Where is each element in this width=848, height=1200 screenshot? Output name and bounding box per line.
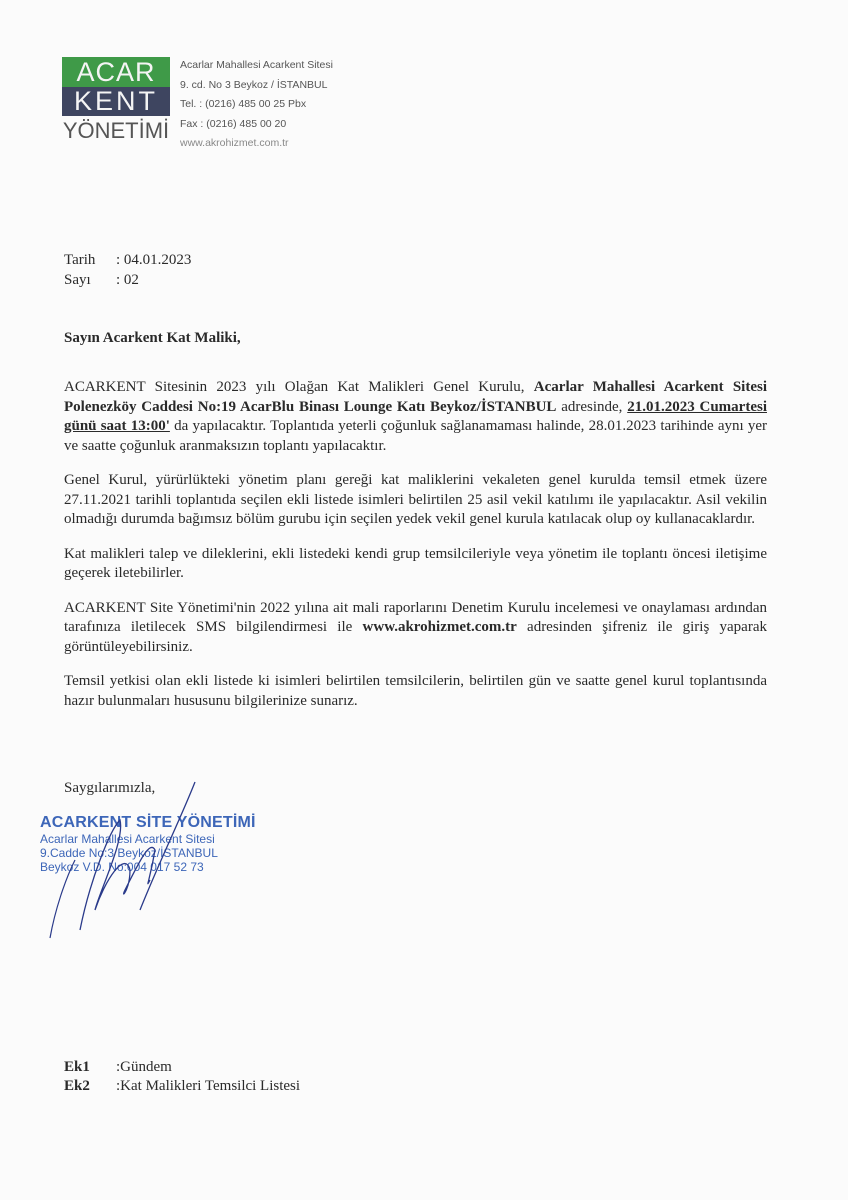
signature-icon — [30, 780, 230, 940]
annex-key: Ek1 — [64, 1058, 116, 1077]
annex-value: :Gündem — [116, 1058, 172, 1077]
number-label: Sayı — [64, 270, 116, 290]
company-logo: ACAR KENT YÖNETİMİ — [62, 57, 170, 146]
annex-key: Ek2 — [64, 1077, 116, 1096]
contact-phone: Tel. : (0216) 485 00 25 Pbx — [180, 95, 333, 115]
contact-address-2: 9. cd. No 3 Beykoz / İSTANBUL — [180, 76, 333, 96]
paragraph-3: Kat malikleri talep ve dileklerini, ekli… — [64, 545, 767, 584]
logo-acar: ACAR — [62, 57, 170, 87]
letter-body: ACARKENT Sitesinin 2023 yılı Olağan Kat … — [64, 378, 767, 726]
logo-yonetimi: YÖNETİMİ — [62, 116, 170, 146]
annex-list: Ek1:Gündem Ek2:Kat Malikleri Temsilci Li… — [64, 1058, 300, 1096]
annex-value: :Kat Malikleri Temsilci Listesi — [116, 1077, 300, 1096]
letterhead-contact: Acarlar Mahallesi Acarkent Sitesi 9. cd.… — [180, 56, 333, 154]
date-value: : 04.01.2023 — [116, 250, 191, 270]
paragraph-4: ACARKENT Site Yönetimi'nin 2022 yılına a… — [64, 599, 767, 658]
paragraph-2: Genel Kurul, yürürlükteki yönetim planı … — [64, 471, 767, 530]
number-value: : 02 — [116, 270, 139, 290]
annex-item: Ek2:Kat Malikleri Temsilci Listesi — [64, 1077, 300, 1096]
letter-meta: Tarih: 04.01.2023 Sayı: 02 — [64, 250, 191, 290]
contact-fax: Fax : (0216) 485 00 20 — [180, 115, 333, 135]
paragraph-1: ACARKENT Sitesinin 2023 yılı Olağan Kat … — [64, 378, 767, 456]
paragraph-5: Temsil yetkisi olan ekli listede ki isim… — [64, 672, 767, 711]
p1-text: ACARKENT Sitesinin 2023 yılı Olağan Kat … — [64, 379, 534, 395]
logo-kent: KENT — [62, 87, 170, 116]
p1-text: da yapılacaktır. Toplantıda yeterli çoğu… — [64, 418, 767, 454]
contact-website: www.akrohizmet.com.tr — [180, 134, 333, 154]
website-link[interactable]: www.akrohizmet.com.tr — [363, 619, 517, 635]
annex-item: Ek1:Gündem — [64, 1058, 300, 1077]
p1-text: adresinde, — [556, 399, 627, 415]
date-label: Tarih — [64, 250, 116, 270]
greeting: Sayın Acarkent Kat Maliki, — [64, 330, 241, 347]
contact-address-1: Acarlar Mahallesi Acarkent Sitesi — [180, 56, 333, 76]
